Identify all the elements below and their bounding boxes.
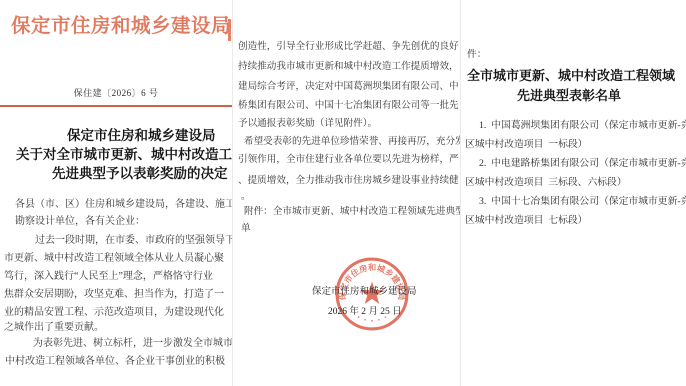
list-item: 区城中村改造项目 三标段、六标段） bbox=[465, 178, 627, 188]
list-item: 区城中村改造项目 七标段） bbox=[465, 216, 587, 226]
document-page-3-attachment: 件： 全市城市更新、城中村改造工程领域 先进典型表彰名单 1. 中国葛洲坝集团有… bbox=[460, 0, 686, 386]
body-line: 引领作用，全市住建行业各单位要以先进为榜样，严 bbox=[238, 155, 459, 165]
body-line: 勘察设计单位，各有关企业： bbox=[15, 217, 145, 227]
signature-agency-name: 保定市住房和城乡建设局 bbox=[312, 288, 417, 298]
body-line: 单 bbox=[241, 224, 251, 234]
attachment-title: 全市城市更新、城中村改造工程领域 先进典型表彰名单 bbox=[467, 66, 671, 106]
body-line: 持续推动我市城市更新和城中村改造工作提质增效， bbox=[238, 62, 459, 72]
body-line: 之城作出了重要贡献。 bbox=[4, 323, 104, 333]
body-line: 笃行，深入践行“人民至上”理念，严格恪守行业 bbox=[4, 272, 213, 282]
body-line: 业的精品安置工程、示范改造项目，为建设现代化 bbox=[4, 308, 224, 318]
list-item: 1. 中国葛洲坝集团有限公司（保定市城市更新-竞秀 bbox=[479, 121, 686, 131]
red-separator-rule bbox=[0, 105, 232, 107]
list-item: 区城中村改造项目 一标段） bbox=[465, 140, 587, 150]
title-line: 先进典型予以表彰奖励的决定 bbox=[52, 167, 228, 181]
body-line: 中村改造工程领域各单位、各企业干事创业的积极 bbox=[5, 357, 225, 367]
doc-number: 保住建〔2026〕6 号 bbox=[0, 89, 232, 98]
body-line: 、提质增效，全力推动我市住房城乡建设事业持续健 bbox=[238, 176, 459, 186]
attachment-reference-line: 附件：全市城市更新、城中村改造工程领域先进典型 bbox=[244, 207, 461, 217]
body-line: 创造性，引导全行业形成比学赶超、争先创优的良好 bbox=[238, 42, 459, 52]
signature-date: 2026 年 2 月 25 日 bbox=[328, 308, 402, 318]
attachment-title-line: 全市城市更新、城中村改造工程领域 bbox=[467, 66, 671, 86]
title-line: 保定市住房和城乡建设局 bbox=[67, 129, 216, 143]
body-line: 为表彰先进、树立标杆，进一步激发全市城市 bbox=[33, 339, 232, 349]
header-cutoff-stroke bbox=[228, 19, 231, 41]
list-item: 3. 中国十七冶集团有限公司（保定市城市更新-竞秀 bbox=[479, 197, 686, 207]
body-line: 希望受表彰的先进单位珍惜荣誉、再接再厉，充分发 bbox=[244, 137, 461, 147]
document-page-2: 创造性，引导全行业形成比学赶超、争先创优的良好 持续推动我市城市更新和城中村改造… bbox=[232, 0, 461, 386]
body-line: 过去一段时期，在市委、市政府的坚强领导下， bbox=[35, 236, 232, 246]
attachment-label: 件： bbox=[467, 50, 487, 60]
body-line: 焦群众安居期盼，攻坚克难、担当作为，打造了一 bbox=[4, 290, 224, 300]
body-line: 桥集团有限公司、中国十七冶集团有限公司等一批先 bbox=[238, 101, 459, 111]
red-letterhead: 保定市住房和城乡建设局 bbox=[11, 17, 231, 37]
body-line: 。 bbox=[241, 192, 251, 202]
attachment-title-line: 先进典型表彰名单 bbox=[467, 86, 671, 106]
body-line: 各县（市、区）住房和城乡建设局，各建设、施工 bbox=[15, 200, 232, 210]
list-item: 2. 中电建路桥集团有限公司（保定市城市更新-竞秀 bbox=[479, 159, 686, 169]
document-page-1: 保定市住房和城乡建设局 保住建〔2026〕6 号 保定市住房和城乡建设局 关于对… bbox=[0, 0, 232, 386]
scanned-document: 保定市住房和城乡建设局 保住建〔2026〕6 号 保定市住房和城乡建设局 关于对… bbox=[0, 0, 686, 386]
body-line: 建局综合考评，决定对中国葛洲坝集团有限公司、中 bbox=[238, 82, 459, 92]
body-line: 予以通报表彰奖励（详见附件）。 bbox=[238, 119, 377, 129]
title-line: 关于对全市城市更新、城中村改造工程 bbox=[16, 148, 232, 162]
body-line: 市更新、城中村改造工程领域全体从业人员凝心聚 bbox=[4, 254, 224, 264]
